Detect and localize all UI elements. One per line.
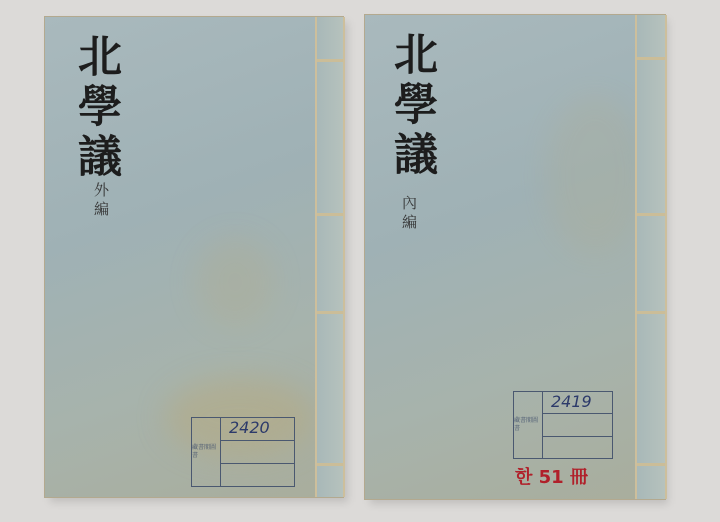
library-label: 藏書閣圖書 2419 [513, 391, 613, 459]
label-number: 2419 [543, 392, 612, 414]
label-stamp-text: 藏書閣圖書 [192, 418, 221, 486]
book-right: 北學議 內編 藏書閣圖書 2419 한 51 冊 [364, 14, 666, 500]
library-label: 藏書閣圖書 2420 [191, 417, 295, 487]
call-number: 한 51 冊 [515, 463, 588, 489]
book-title: 北學議 [379, 31, 443, 181]
label-stamp-text: 藏書閣圖書 [514, 392, 543, 458]
label-number: 2420 [221, 418, 294, 441]
book-title: 北學議 [63, 33, 127, 183]
book-spine-binding [315, 17, 345, 497]
book-spine-binding [635, 15, 667, 499]
book-subtitle: 外編 [91, 182, 112, 220]
book-left: 北學議 外編 藏書閣圖書 2420 [44, 16, 344, 498]
book-subtitle: 內編 [399, 195, 420, 233]
